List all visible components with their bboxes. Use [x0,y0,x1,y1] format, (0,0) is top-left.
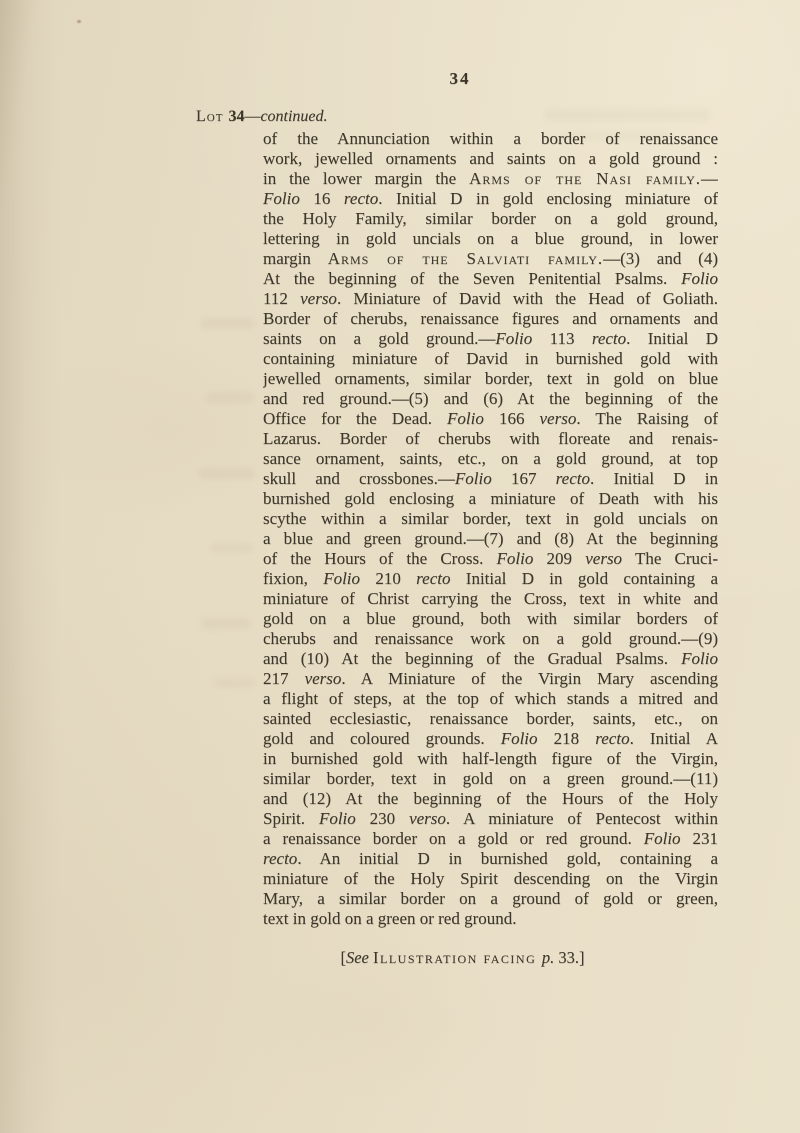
text-segment: Folio [644,829,681,848]
text-segment: Office for the Dead. [263,409,447,428]
description-line: 112 verso. Miniature of David with the H… [263,289,718,309]
text-segment: ] [579,948,585,967]
description-line: of the Annunciation within a border of r… [263,129,718,149]
text-segment: Folio [681,269,718,288]
description-line: skull and crossbones.—Folio 167 recto. I… [263,469,718,489]
text-segment: Folio [323,569,360,588]
text-segment: margin [263,249,328,268]
text-segment: . The Raising of [576,409,718,428]
text-segment: 217 [263,669,305,688]
text-segment: . Initial D [626,329,718,348]
description-line: and red ground.—(5) and (6) At the begin… [263,389,718,409]
page-gutter-shadow [0,0,60,1133]
illustration-note: [See Illustration facing p. 33.] [235,948,690,968]
show-through-smudge [206,392,254,403]
text-segment: . A Miniature of the Virgin Mary ascendi… [341,669,718,688]
description-line: sance ornament, saints, etc., on a gold … [263,449,718,469]
description-line: cherubs and renaissance work on a gold g… [263,629,718,649]
text-segment: Lazarus. Border of cherubs with floreate… [263,429,718,448]
text-segment: Border of cherubs, renaissance figures a… [263,309,718,328]
text-segment: . An initial D in burnished gold, contai… [297,849,718,868]
text-segment: of the Hours of the Cross. [263,549,497,568]
text-segment: 210 [360,569,416,588]
text-segment: Lot [196,108,228,125]
text-segment: sance ornament, saints, etc., on a gold … [263,449,718,468]
text-segment: lettering in gold uncials on a blue grou… [263,229,718,248]
description-line: lettering in gold uncials on a blue grou… [263,229,718,249]
text-segment: miniature of the Holy Spirit descending … [263,869,718,888]
text-segment: of the Annunciation within a border of r… [263,129,718,148]
text-segment: jewelled ornaments, similar border, text… [263,369,718,388]
description-line: saints on a gold ground.—Folio 113 recto… [263,329,718,349]
description-line: the Holy Family, similar border on a gol… [263,209,718,229]
text-segment: fixion, [263,569,323,588]
text-segment: in burnished gold with half-length figur… [263,749,718,768]
text-segment: verso [300,289,337,308]
text-segment: a blue and green ground.—(7) and (8) At … [263,529,718,548]
text-segment: verso [409,809,446,828]
text-segment: . A miniature of Pentecost within [446,809,718,828]
text-segment: recto [416,569,450,588]
text-segment: Folio [681,649,718,668]
text-segment: Folio [447,409,484,428]
text-segment: 16 [300,189,344,208]
text-segment: Folio [455,469,492,488]
text-segment: miniature of Christ carrying the Cross, … [263,589,718,608]
description-line: scythe within a similar border, text in … [263,509,718,529]
description-line: similar border, text in gold on a green … [263,769,718,789]
text-segment: skull and crossbones.— [263,469,455,488]
description-line: sainted ecclesiastic, renaissance border… [263,709,718,729]
text-segment: scythe within a similar border, text in … [263,509,718,528]
text-segment: 167 [492,469,556,488]
text-segment: containing miniature of David in burnish… [263,349,718,368]
text-segment: At the beginning of the Seven Penitentia… [263,269,681,288]
text-segment: recto [592,329,626,348]
show-through-smudge [201,318,255,329]
text-segment: gold and coloured grounds. [263,729,501,748]
paper-speck [77,20,81,23]
catalog-page: { "page": { "number": "34", "lot_header_… [0,0,800,1133]
text-segment: a flight of steps, at the top of which s… [263,689,718,708]
text-segment: Folio [497,549,534,568]
text-segment: text in gold on a green or red ground. [263,909,517,928]
text-segment: recto [595,729,629,748]
text-segment: burnished gold enclosing a miniature of … [263,489,718,508]
show-through-smudge [214,678,254,688]
show-through-smudge [201,618,251,629]
text-segment: recto [344,189,378,208]
text-segment: . Initial D in gold enclosing miniature … [378,189,718,208]
text-segment: 231 [681,829,718,848]
description-line: in burnished gold with half-length figur… [263,749,718,769]
text-segment: Illustration facing [373,948,542,967]
description-line: gold on a blue ground, both with similar… [263,609,718,629]
description-line: Office for the Dead. Folio 166 verso. Th… [263,409,718,429]
text-segment: . Initial D in [590,469,718,488]
page-number: 34 [196,68,724,90]
show-through-smudge [545,109,710,121]
description-line: of the Hours of the Cross. Folio 209 ver… [263,549,718,569]
text-segment: a renaissance border on a gold or red gr… [263,829,644,848]
lot-continuation-header: Lot 34—continued. [196,107,328,127]
description-line: At the beginning of the Seven Penitentia… [263,269,718,289]
description-line: a blue and green ground.—(7) and (8) At … [263,529,718,549]
description-line: a flight of steps, at the top of which s… [263,689,718,709]
text-segment: Arms of the Salviati family. [328,249,603,268]
description-line: in the lower margin the Arms of the Nasi… [263,169,718,189]
text-segment: recto [556,469,590,488]
text-segment: the Holy Family, similar border on a gol… [263,209,718,228]
text-segment: 230 [356,809,409,828]
text-segment: recto [263,849,297,868]
text-segment: Folio [319,809,356,828]
description-line: margin Arms of the Salviati family.—(3) … [263,249,718,269]
text-segment: Arms of the Nasi family. [469,169,701,188]
description-line: 217 verso. A Miniature of the Virgin Mar… [263,669,718,689]
description-line: gold and coloured grounds. Folio 218 rec… [263,729,718,749]
show-through-smudge [210,543,254,553]
description-line: miniature of Christ carrying the Cross, … [263,589,718,609]
text-segment: similar border, text in gold on a green … [263,769,718,788]
text-segment: continued. [260,108,327,125]
text-segment: Folio [501,729,538,748]
text-segment: Mary, a similar border on a ground of go… [263,889,718,908]
text-segment: — [701,169,718,188]
text-segment: gold on a blue ground, both with similar… [263,609,718,628]
text-segment: Spirit. [263,809,319,828]
text-segment: saints on a gold ground.— [263,329,495,348]
description-line: Spirit. Folio 230 verso. A miniature of … [263,809,718,829]
text-segment: Folio [495,329,532,348]
text-segment: p. [542,948,554,967]
text-segment: . Miniature of David with the Head of Go… [337,289,718,308]
description-line: burnished gold enclosing a miniature of … [263,489,718,509]
text-segment: — [244,108,260,125]
text-segment: 34 [228,108,244,125]
description-line: containing miniature of David in burnish… [263,349,718,369]
text-segment: verso [585,549,622,568]
description-line: work, jewelled ornaments and saints on a… [263,149,718,169]
text-segment: and (10) At the beginning of the Gradual… [263,649,681,668]
text-segment: 209 [533,549,585,568]
text-segment: See [346,948,373,967]
text-segment: The Cruci- [622,549,718,568]
description-line: jewelled ornaments, similar border, text… [263,369,718,389]
text-segment: and (12) At the beginning of the Hours o… [263,789,718,808]
text-segment: 112 [263,289,300,308]
text-segment: verso [540,409,577,428]
description-line: Lazarus. Border of cherubs with floreate… [263,429,718,449]
text-segment: work, jewelled ornaments and saints on a… [263,149,718,168]
description-line: fixion, Folio 210 recto Initial D in gol… [263,569,718,589]
text-segment: 113 [532,329,592,348]
text-segment: cherubs and renaissance work on a gold g… [263,629,718,648]
text-segment: —(3) and (4) [603,249,718,268]
lot-description: of the Annunciation within a border of r… [263,129,718,929]
description-line: Mary, a similar border on a ground of go… [263,889,718,909]
show-through-smudge [199,468,255,479]
text-segment: 218 [538,729,596,748]
description-line: and (12) At the beginning of the Hours o… [263,789,718,809]
text-segment: . Initial A [630,729,718,748]
text-segment: Initial D in gold containing a [450,569,718,588]
text-segment: 33. [554,948,579,967]
description-line: recto. An initial D in burnished gold, c… [263,849,718,869]
description-line: text in gold on a green or red ground. [263,909,718,929]
description-line: miniature of the Holy Spirit descending … [263,869,718,889]
text-segment: 166 [484,409,540,428]
text-segment: sainted ecclesiastic, renaissance border… [263,709,718,728]
description-line: a renaissance border on a gold or red gr… [263,829,718,849]
description-line: Folio 16 recto. Initial D in gold enclos… [263,189,718,209]
description-line: and (10) At the beginning of the Gradual… [263,649,718,669]
text-segment: in the lower margin the [263,169,469,188]
text-segment: and red ground.—(5) and (6) At the begin… [263,389,718,408]
text-segment: verso [305,669,342,688]
description-line: Border of cherubs, renaissance figures a… [263,309,718,329]
text-segment: Folio [263,189,300,208]
